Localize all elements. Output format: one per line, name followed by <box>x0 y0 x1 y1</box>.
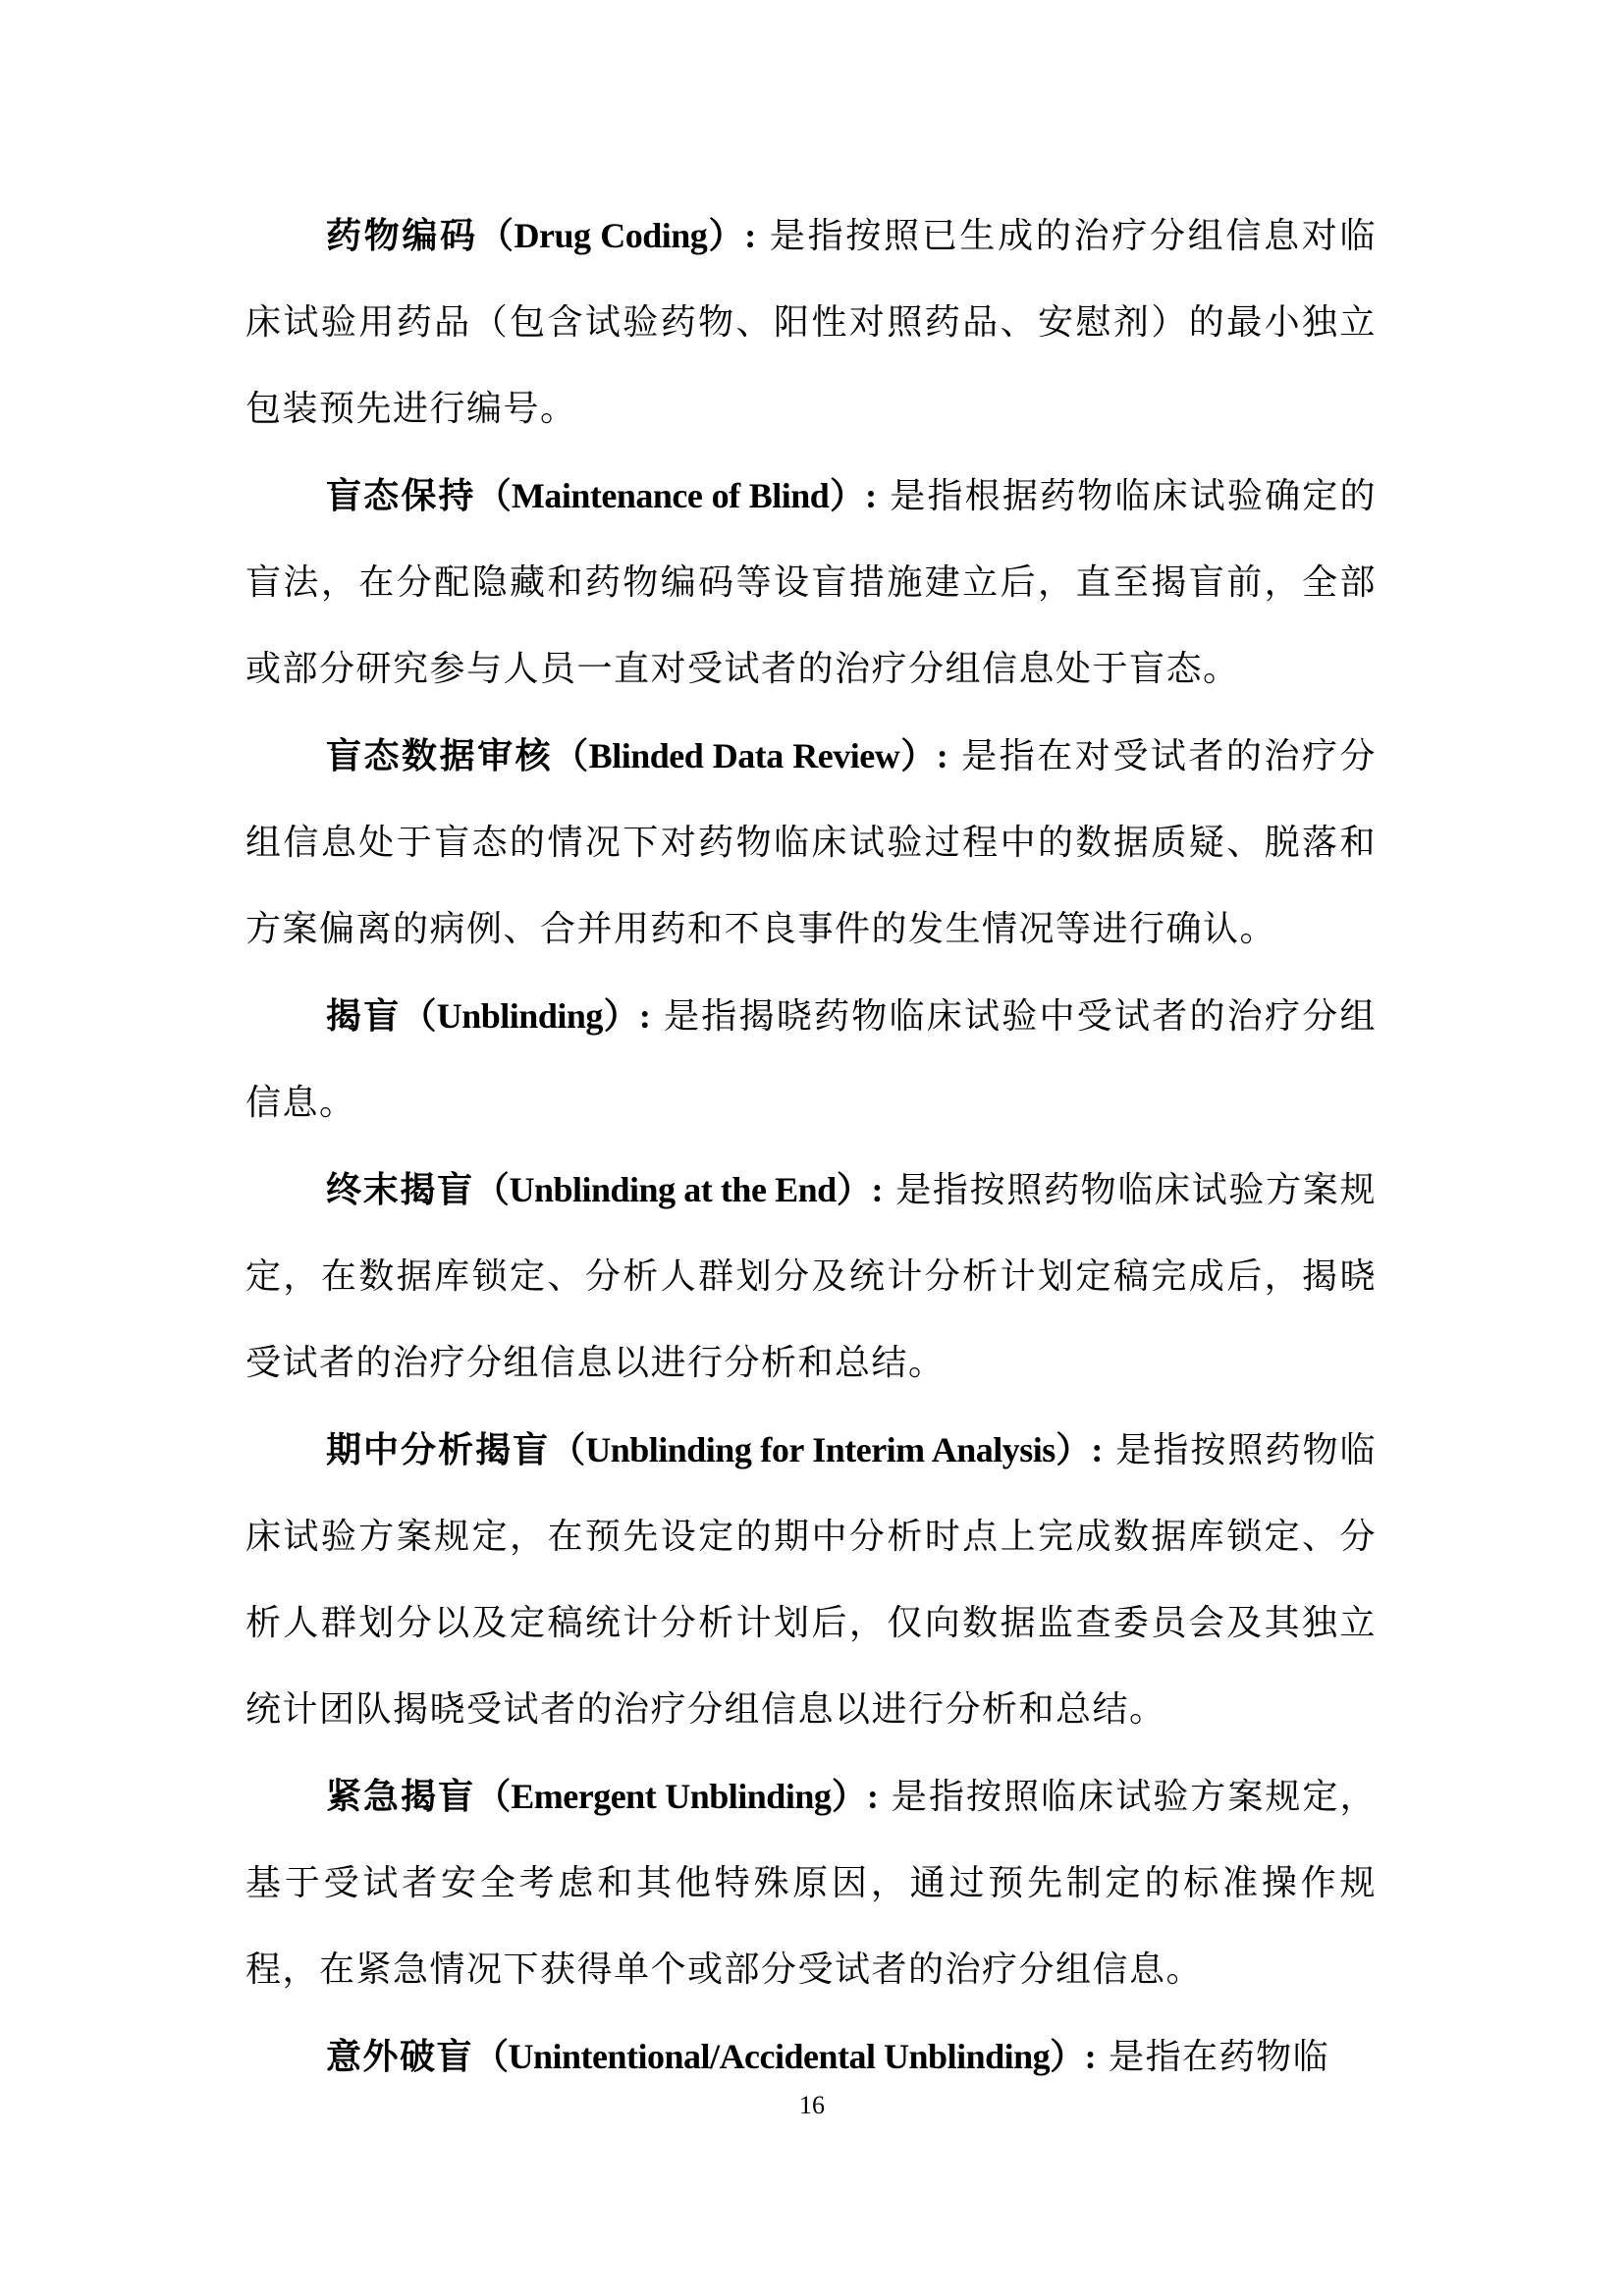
term-definition: 是指按照药物临床试验方案规定，在预先设定的期中分析时点上完成数据库锁定、分析人群… <box>245 1430 1377 1730</box>
term-english: （Blinded Data Review）: <box>553 736 947 775</box>
document-page-body: 药物编码（Drug Coding）: 是指按照已生成的治疗分组信息对临床试验用药… <box>245 192 1377 2101</box>
definition-paragraph-accidental-unblinding: 意外破盲（Unintentional/Accidental Unblinding… <box>245 2013 1377 2101</box>
term-chinese: 揭盲 <box>326 996 402 1037</box>
definition-paragraph-unblinding: 揭盲（Unblinding）: 是指揭晓药物临床试验中受试者的治疗分组信息。 <box>245 973 1377 1147</box>
term-heading: 意外破盲（Unintentional/Accidental Unblinding… <box>326 2037 1096 2076</box>
definition-paragraph-maintenance-of-blind: 盲态保持（Maintenance of Blind）: 是指根据药物临床试验确定… <box>245 453 1377 713</box>
term-chinese: 盲态保持 <box>326 476 476 516</box>
term-heading: 药物编码（Drug Coding）: <box>326 216 756 255</box>
term-english: （Drug Coding）: <box>478 216 756 255</box>
term-english: （Unintentional/Accidental Unblinding）: <box>473 2037 1096 2076</box>
term-english: （Unblinding）: <box>402 996 651 1036</box>
term-heading: 揭盲（Unblinding）: <box>326 996 650 1036</box>
term-english: （Unblinding at the End）: <box>474 1170 883 1209</box>
page-number: 16 <box>0 2091 1624 2120</box>
term-heading: 期中分析揭盲（Unblinding for Interim Analysis）: <box>326 1430 1103 1469</box>
term-heading: 盲态保持（Maintenance of Blind）: <box>326 476 877 515</box>
definition-paragraph-unblinding-for-interim-analysis: 期中分析揭盲（Unblinding for Interim Analysis）:… <box>245 1407 1377 1753</box>
term-english: （Emergent Unblinding）: <box>475 1777 878 1816</box>
term-english: （Maintenance of Blind）: <box>476 476 877 515</box>
term-chinese: 紧急揭盲 <box>326 1777 475 1817</box>
definition-paragraph-drug-coding: 药物编码（Drug Coding）: 是指按照已生成的治疗分组信息对临床试验用药… <box>245 192 1377 453</box>
term-chinese: 终末揭盲 <box>326 1170 474 1210</box>
term-definition: 是指在药物临 <box>1109 2037 1329 2077</box>
term-heading: 紧急揭盲（Emergent Unblinding）: <box>326 1777 878 1816</box>
term-heading: 盲态数据审核（Blinded Data Review）: <box>326 736 947 775</box>
term-chinese: 药物编码 <box>326 216 478 256</box>
term-english: （Unblinding for Interim Analysis）: <box>550 1430 1103 1469</box>
term-chinese: 盲态数据审核 <box>326 736 553 776</box>
term-chinese: 意外破盲 <box>326 2037 473 2077</box>
term-heading: 终末揭盲（Unblinding at the End）: <box>326 1170 883 1209</box>
definition-paragraph-blinded-data-review: 盲态数据审核（Blinded Data Review）: 是指在对受试者的治疗分… <box>245 713 1377 973</box>
definition-paragraph-emergent-unblinding: 紧急揭盲（Emergent Unblinding）: 是指按照临床试验方案规定，… <box>245 1753 1377 2013</box>
term-chinese: 期中分析揭盲 <box>326 1430 550 1470</box>
definition-paragraph-unblinding-at-the-end: 终末揭盲（Unblinding at the End）: 是指按照药物临床试验方… <box>245 1147 1377 1407</box>
